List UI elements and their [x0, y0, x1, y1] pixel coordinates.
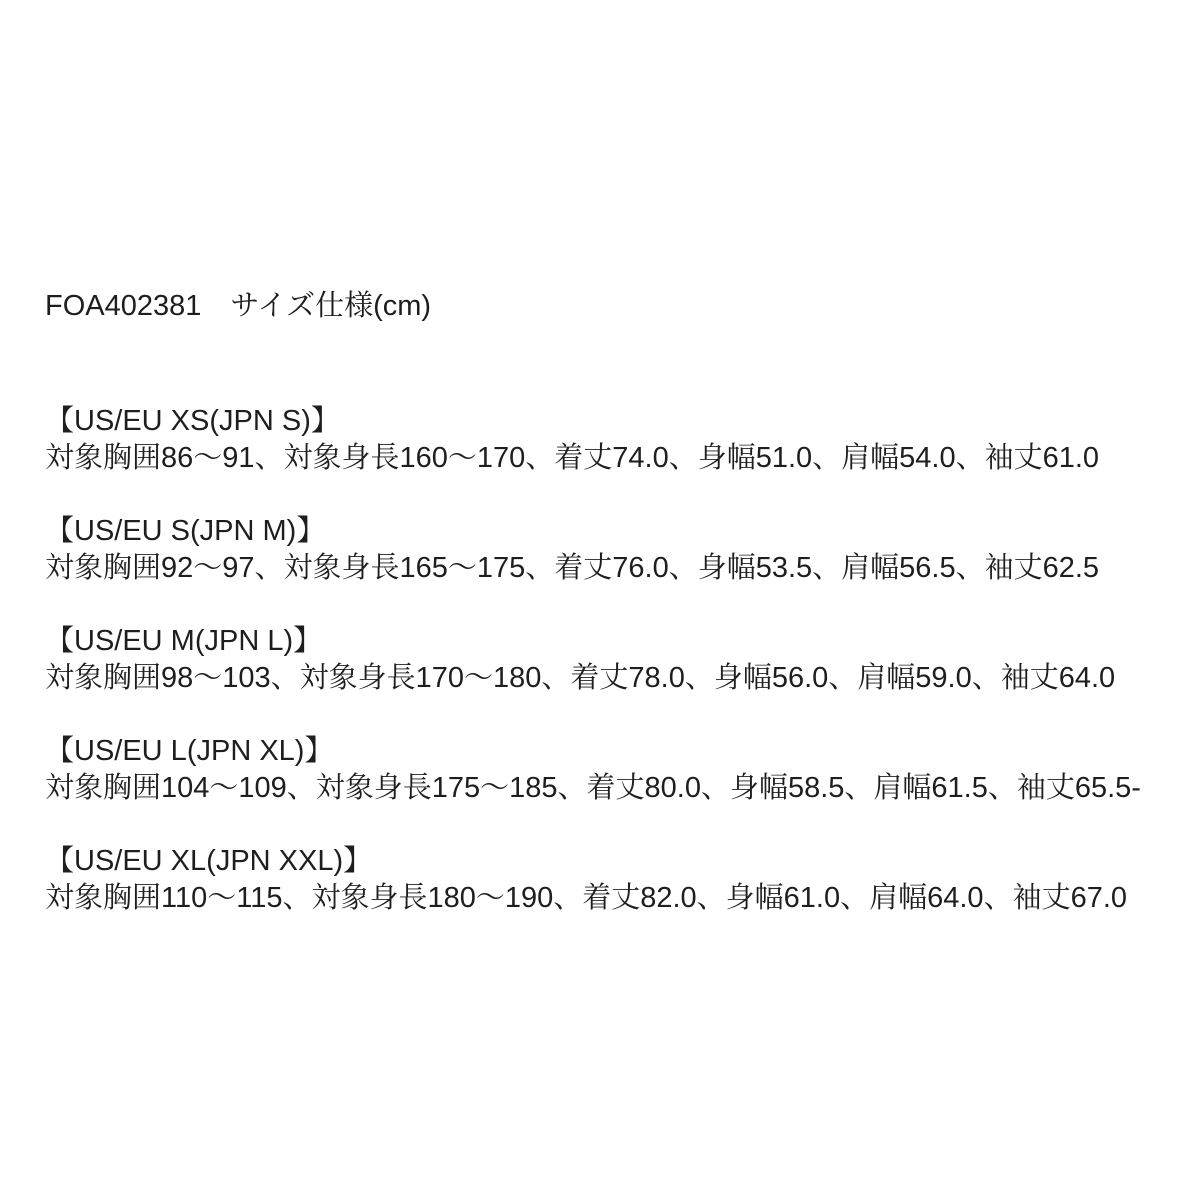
- size-section-xl: 【US/EU XL(JPN XXL)】 対象胸囲110～115、対象身長180～…: [45, 843, 1180, 917]
- size-specs: 対象胸囲86～91、対象身長160～170、着丈74.0、身幅51.0、肩幅54…: [45, 440, 1180, 477]
- page-title: FOA402381 サイズ仕様(cm): [45, 288, 1180, 325]
- size-spec-document: FOA402381 サイズ仕様(cm) 【US/EU XS(JPN S)】 対象…: [0, 0, 1200, 1200]
- size-specs: 対象胸囲92～97、対象身長165～175、着丈76.0、身幅53.5、肩幅56…: [45, 550, 1180, 587]
- size-label: 【US/EU XS(JPN S)】: [45, 403, 1180, 440]
- size-specs: 対象胸囲98～103、対象身長170～180、着丈78.0、身幅56.0、肩幅5…: [45, 660, 1180, 697]
- size-specs: 対象胸囲110～115、対象身長180～190、着丈82.0、身幅61.0、肩幅…: [45, 880, 1180, 917]
- size-section-l: 【US/EU L(JPN XL)】 対象胸囲104～109、対象身長175～18…: [45, 733, 1180, 807]
- size-label: 【US/EU S(JPN M)】: [45, 513, 1180, 550]
- size-label: 【US/EU L(JPN XL)】: [45, 733, 1180, 770]
- size-specs: 対象胸囲104～109、対象身長175～185、着丈80.0、身幅58.5、肩幅…: [45, 770, 1180, 807]
- size-section-xs: 【US/EU XS(JPN S)】 対象胸囲86～91、対象身長160～170、…: [45, 403, 1180, 477]
- size-label: 【US/EU XL(JPN XXL)】: [45, 843, 1180, 880]
- size-section-m: 【US/EU M(JPN L)】 対象胸囲98～103、対象身長170～180、…: [45, 623, 1180, 697]
- size-label: 【US/EU M(JPN L)】: [45, 623, 1180, 660]
- size-section-s: 【US/EU S(JPN M)】 対象胸囲92～97、対象身長165～175、着…: [45, 513, 1180, 587]
